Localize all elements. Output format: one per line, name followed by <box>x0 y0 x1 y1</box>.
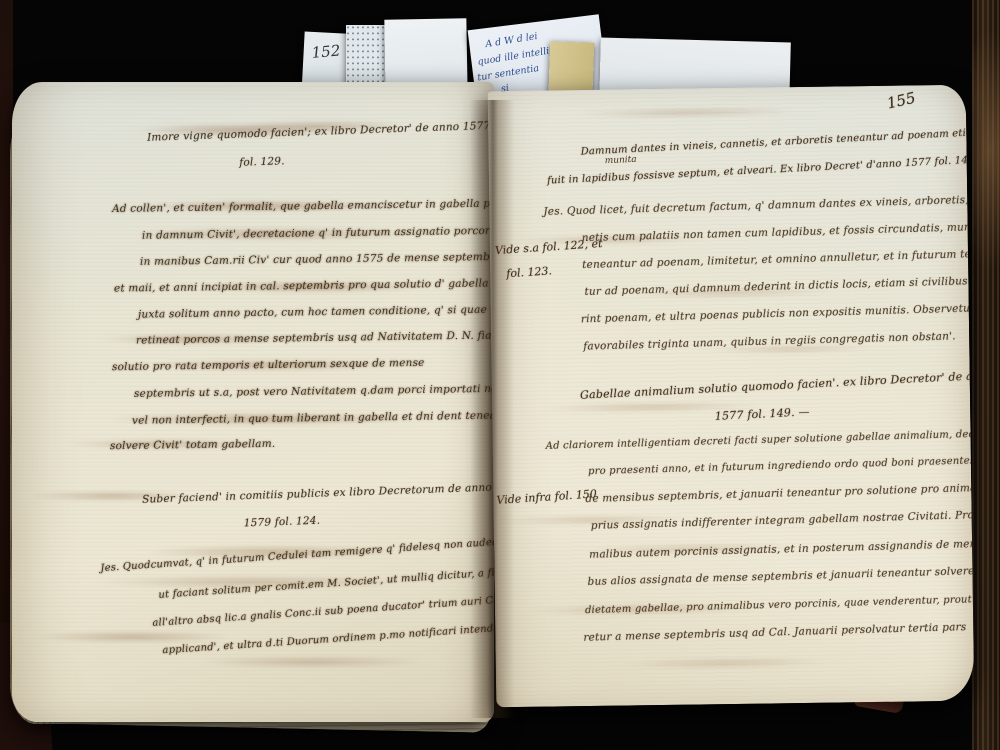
manuscript-line: solvere Civit' totam gabellam. <box>110 438 276 452</box>
manuscript-line: Jes. Quodcumvat, q' in futurum Cedulei t… <box>100 533 494 574</box>
manuscript-line: septembris ut s.a, post vero Nativitatem… <box>134 382 494 400</box>
manuscript-line: netis cum palatiis non tamen cum lapidib… <box>582 220 975 244</box>
interlinear-insert: munita <box>604 155 636 167</box>
section-heading-line: 1577 fol. 149. — <box>657 402 867 425</box>
manuscript-line: retur a mense septembris usq ad Cal. Jan… <box>583 621 966 644</box>
manuscript-line: malibus autem porcinis assignatis, et in… <box>589 538 974 561</box>
manuscript-photo: 152 A d W d lei quod ille intelligat tur… <box>0 0 1000 750</box>
manuscript-line: vel non interfecti, in quo tum liberant … <box>132 409 494 426</box>
left-page: Imore vigne quomodo facien'; ex libro De… <box>12 82 494 722</box>
manuscript-line: solutio pro rata temporis et ulteriorum … <box>112 357 425 373</box>
section-heading-line: 1579 fol. 124. <box>202 513 362 531</box>
manuscript-line: tur ad poenam, qui damnum dederint in di… <box>584 274 974 297</box>
manuscript-line: favorabiles triginta unam, quibus in reg… <box>583 330 956 352</box>
section-heading-line: Suber faciend' in comitiis publicis ex l… <box>142 482 472 506</box>
manuscript-line: Ad clariorem intelligentiam decreti fact… <box>546 428 975 452</box>
manuscript-line: dietatem gabellae, pro animalibus vero p… <box>585 593 974 616</box>
manuscript-line: et maii, et anni incipiat in cal. septem… <box>114 277 489 294</box>
manuscript-line: de mensibus septembris, et januarii tene… <box>585 481 974 505</box>
section-heading-line: Imore vigne quomodo facien'; ex libro De… <box>147 120 477 144</box>
manuscript-line: in damnum Civit', decretacione q' in fut… <box>142 224 494 241</box>
section-heading-line: Gabellae animalium solutio quomodo facie… <box>580 370 960 402</box>
manuscript-line: bus alios assignata de mense septembris … <box>587 564 974 587</box>
section-heading-line: Damnum dantes in vineis, cannetis, et ar… <box>580 128 955 157</box>
manuscript-line: rint poenam, et ultra poenas publicis no… <box>581 300 975 325</box>
wood-table-edge <box>972 0 1000 750</box>
manuscript-line: Jes. Quod licet, fuit decretum factum, q… <box>543 193 974 218</box>
ink-bleed-overlay <box>12 82 494 722</box>
manuscript-line: teneantur ad poenam, limitetur, et omnin… <box>582 247 974 271</box>
manuscript-line: Ad collen', et cuiten' formalit, que gab… <box>112 197 494 215</box>
section-heading-line: fol. 129. <box>192 154 332 171</box>
manuscript-line: in manibus Cam.rii Civ' cur quod anno 15… <box>140 250 494 268</box>
slip-note-line: A d W d lei <box>485 31 539 50</box>
slip-number-label: 152 <box>311 41 341 61</box>
manuscript-line: prius assignatis indifferenter integram … <box>591 508 975 531</box>
right-page: 155 Damnum dantes in vineis, cannetis, e… <box>488 85 975 708</box>
book-gutter-shadow <box>470 100 514 718</box>
manuscript-line: juxta solitum anno pacto, cum hoc tamen … <box>138 303 494 320</box>
manuscript-line: pro praesenti anno, et in futurum ingred… <box>588 454 974 478</box>
manuscript-line: retineat porcos a mense septembris usq a… <box>136 329 494 346</box>
folio-number: 155 <box>885 89 917 113</box>
manuscript-line: ut faciant solitum per comit.em M. Socie… <box>158 562 494 601</box>
